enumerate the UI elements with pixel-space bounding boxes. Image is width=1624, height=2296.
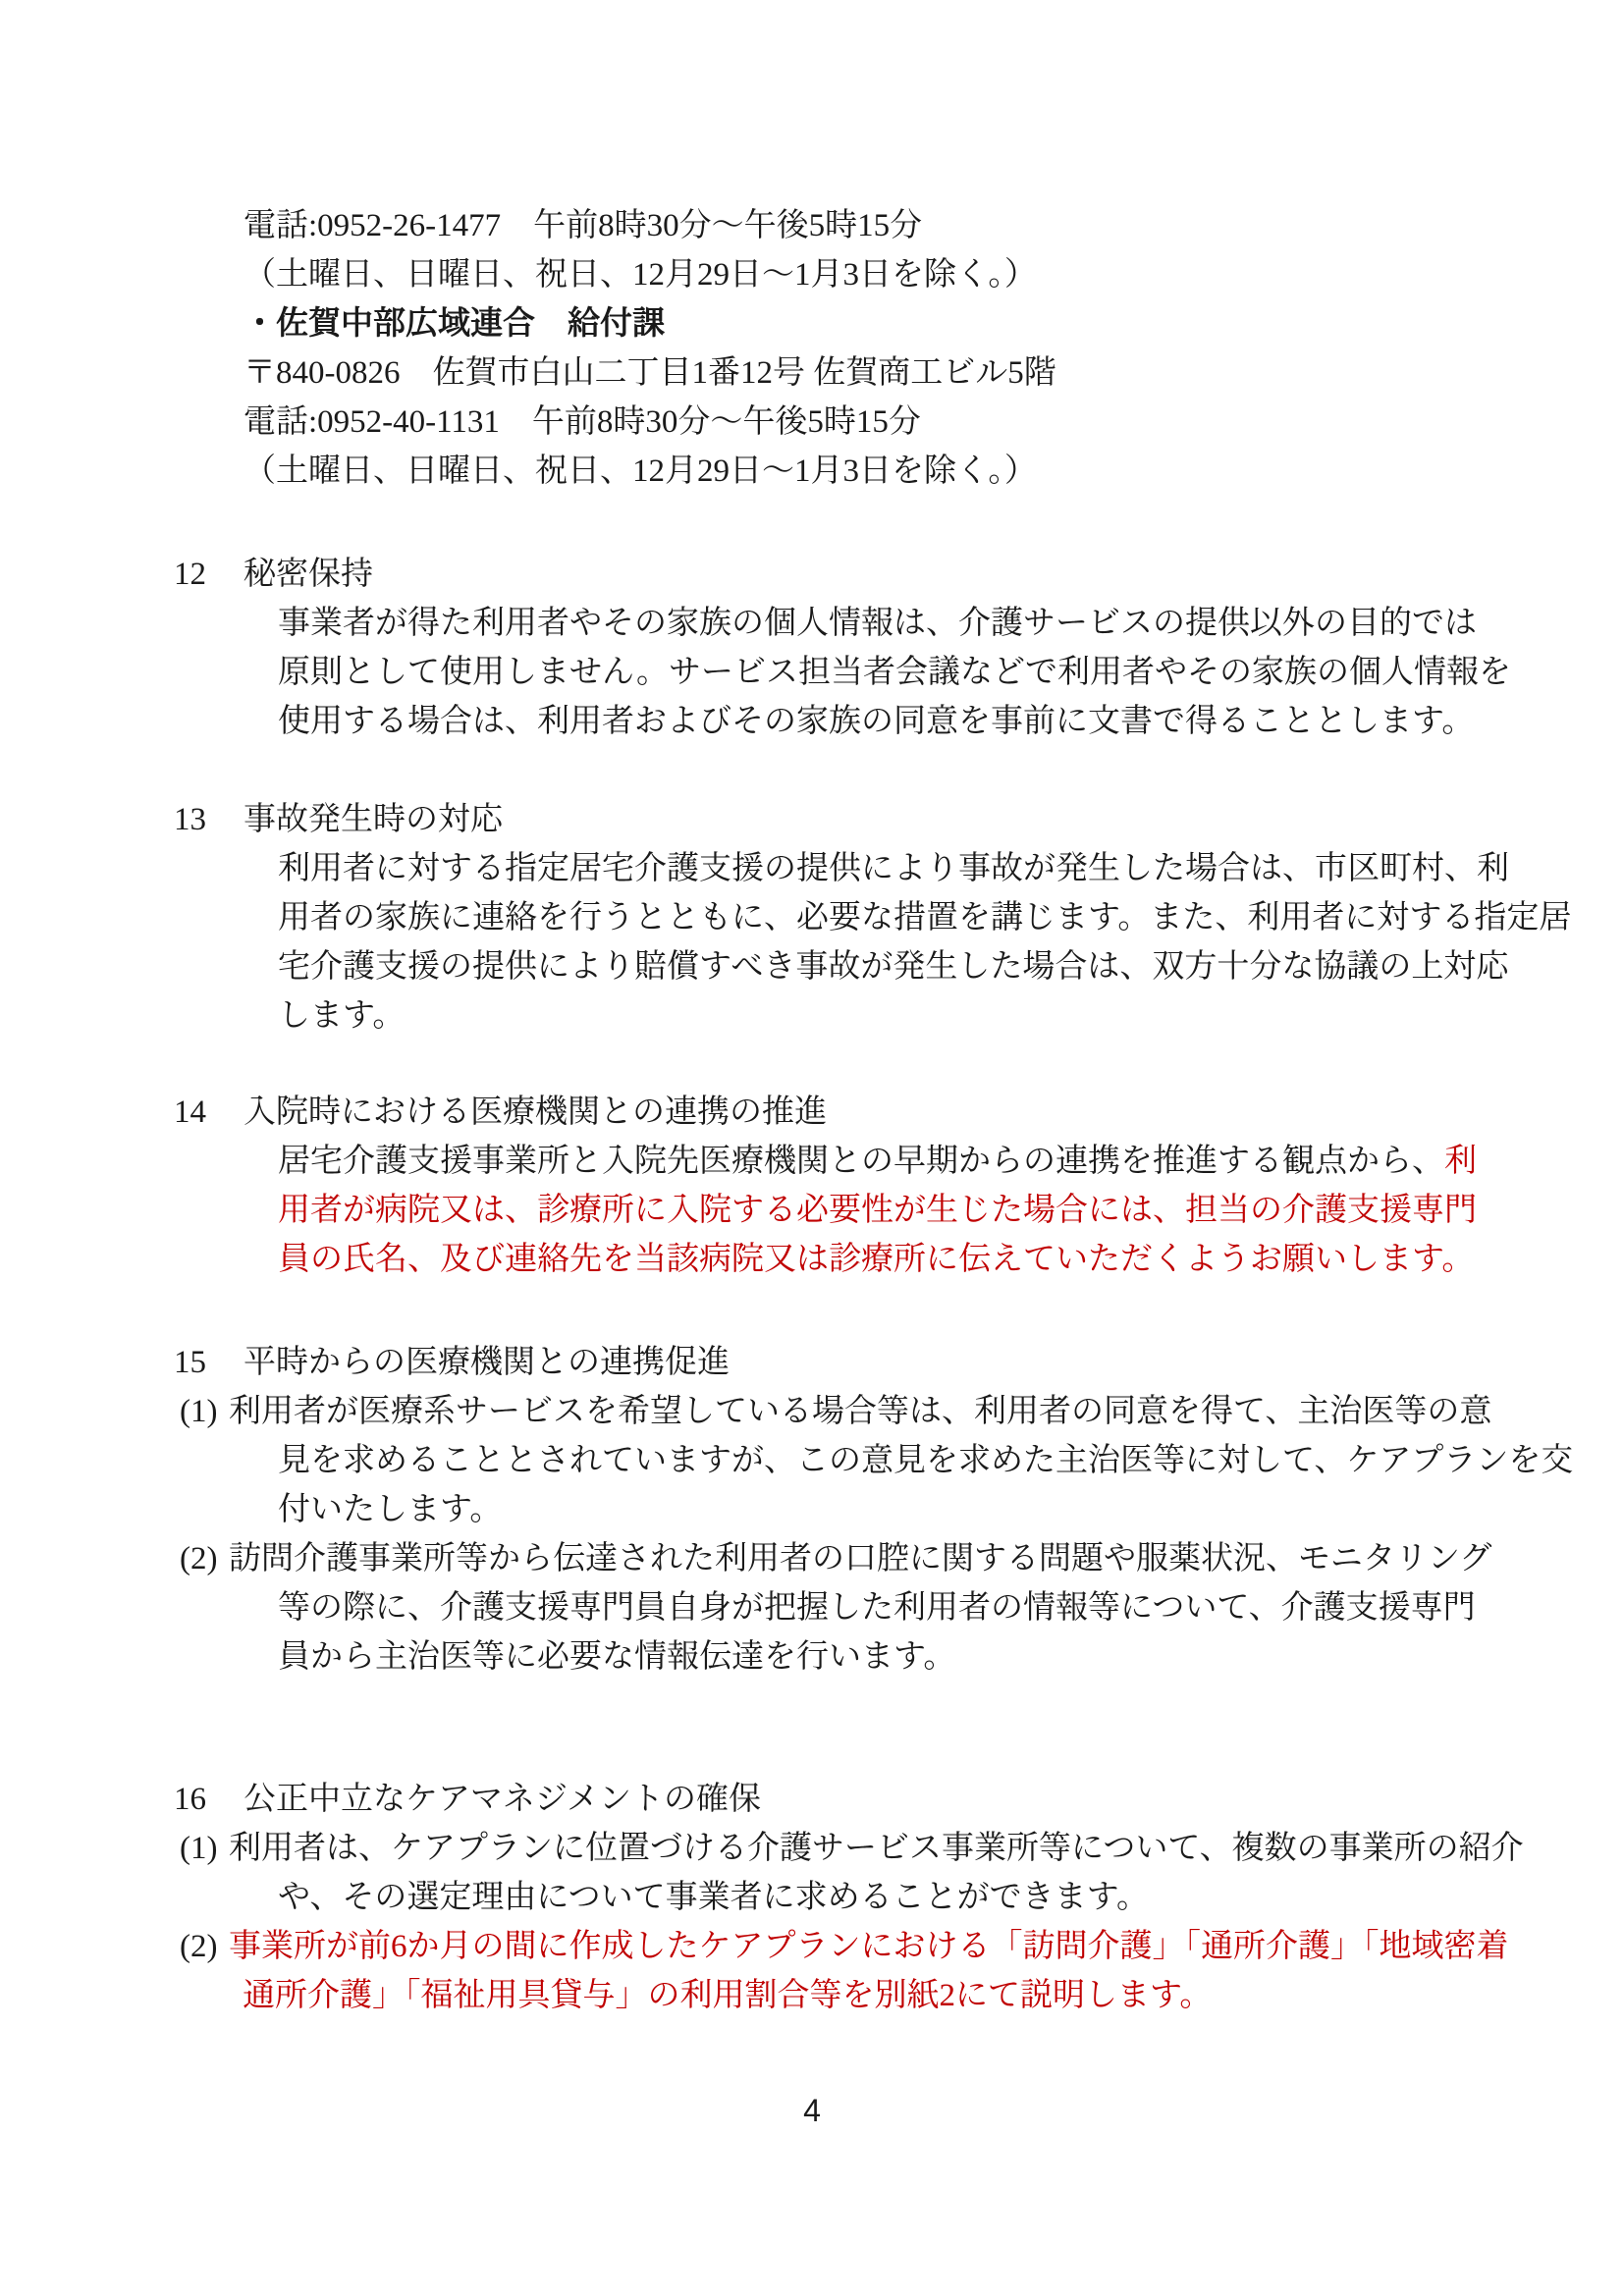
section-13-body-line: 宅介護支援の提供により賠償すべき事故が発生した場合は、双方十分な協議の上対応 <box>0 942 1624 991</box>
section-15-item-2: (2)訪問介護事業所等から伝達された利用者の口腔に関する問題や服薬状況、モニタリ… <box>180 1534 1624 1583</box>
section-15-item-1-cont: 見を求めることとされていますが、この意見を求めた主治医等に対して、ケアプランを交 <box>180 1436 1624 1485</box>
section-15-item-2-cont: 等の際に、介護支援専門員自身が把握した利用者の情報等について、介護支援専門 <box>180 1583 1624 1632</box>
section-15-item-1-cont: 付いたします。 <box>180 1485 1624 1534</box>
section-16-item-2: (2)事業所が前6か月の間に作成したケアプランにおける「訪問介護」「通所介護」「… <box>180 1922 1624 1971</box>
section-16-title: 公正中立なケアマネジメントの確保 <box>244 1782 761 1817</box>
item-text: 利用者が医療系サービスを希望している場合等は、利用者の同意を得て、主治医等の意 <box>229 1394 1491 1429</box>
section-14-body-line: 居宅介護支援事業所と入院先医療機関との早期からの連携を推進する観点から、利 <box>0 1137 1624 1186</box>
section-12-number: 12 <box>174 550 244 599</box>
section-15-items: (1)利用者が医療系サービスを希望している場合等は、利用者の同意を得て、主治医等… <box>0 1387 1624 1682</box>
section-15-item-1: (1)利用者が医療系サービスを希望している場合等は、利用者の同意を得て、主治医等… <box>180 1387 1624 1436</box>
section-16-number: 16 <box>174 1775 244 1824</box>
document-page: 電話:0952-26-1477 午前8時30分～午後5時15分 （土曜日、日曜日… <box>0 0 1624 2296</box>
section-12-body-line: 事業者が得た利用者やその家族の個人情報は、介護サービスの提供以外の目的では <box>0 599 1624 648</box>
section-15: 15平時からの医療機関との連携促進 (1)利用者が医療系サービスを希望している場… <box>0 1338 1624 1682</box>
section-16: 16公正中立なケアマネジメントの確保 (1)利用者は、ケアプランに位置づける介護… <box>0 1775 1624 2020</box>
section-15-item-2-cont: 員から主治医等に必要な情報伝達を行います。 <box>180 1632 1624 1682</box>
section-14-body-line-red: 用者が病院又は、診療所に入院する必要性が生じた場合には、担当の介護支援専門 <box>0 1186 1624 1235</box>
section-12-heading: 12秘密保持 <box>0 550 1624 599</box>
section-12-body-line: 原則として使用しません。サービス担当者会議などで利用者やその家族の個人情報を <box>0 648 1624 697</box>
item-marker: (2) <box>180 1534 229 1583</box>
section-14-text-black: 居宅介護支援事業所と入院先医療機関との早期からの連携を推進する観点から、 <box>278 1144 1444 1179</box>
section-14: 14入院時における医療機関との連携の推進 居宅介護支援事業所と入院先医療機関との… <box>0 1088 1624 1284</box>
section-12-title: 秘密保持 <box>244 557 373 592</box>
section-14-title: 入院時における医療機関との連携の推進 <box>244 1095 827 1130</box>
section-14-body-line-red: 員の氏名、及び連絡先を当該病院又は診療所に伝えていただくようお願いします。 <box>0 1235 1624 1284</box>
section-16-item-1-cont: や、その選定理由について事業者に求めることができます。 <box>180 1873 1624 1922</box>
section-13-title: 事故発生時の対応 <box>244 802 503 837</box>
page-number: 4 <box>0 2086 1624 2135</box>
contact-office-name: ・佐賀中部広域連合 給付課 <box>244 299 1056 348</box>
section-13-body-line: 利用者に対する指定居宅介護支援の提供により事故が発生した場合は、市区町村、利 <box>0 844 1624 893</box>
section-16-item-1: (1)利用者は、ケアプランに位置づける介護サービス事業所等について、複数の事業所… <box>180 1824 1624 1873</box>
section-14-number: 14 <box>174 1088 244 1137</box>
section-15-number: 15 <box>174 1338 244 1387</box>
contact-phone-2: 電話:0952-40-1131 午前8時30分～午後5時15分 <box>244 398 1056 447</box>
item-marker: (1) <box>180 1387 229 1436</box>
section-16-heading: 16公正中立なケアマネジメントの確保 <box>0 1775 1624 1824</box>
section-16-item-2-cont-red: 通所介護」「福祉用具貸与」の利用割合等を別紙2にて説明します。 <box>180 1971 1624 2020</box>
item-marker: (1) <box>180 1824 229 1873</box>
section-13-number: 13 <box>174 795 244 844</box>
item-text-red: 事業所が前6か月の間に作成したケアプランにおける「訪問介護」「通所介護」「地域密… <box>229 1929 1509 1964</box>
section-12: 12秘密保持 事業者が得た利用者やその家族の個人情報は、介護サービスの提供以外の… <box>0 550 1624 746</box>
section-13: 13事故発生時の対応 利用者に対する指定居宅介護支援の提供により事故が発生した場… <box>0 795 1624 1041</box>
section-12-body-line: 使用する場合は、利用者およびその家族の同意を事前に文書で得ることとします。 <box>0 697 1624 746</box>
section-16-items: (1)利用者は、ケアプランに位置づける介護サービス事業所等について、複数の事業所… <box>0 1824 1624 2020</box>
section-14-text-red: 利 <box>1444 1144 1477 1179</box>
contact-phone-1: 電話:0952-26-1477 午前8時30分～午後5時15分 <box>244 201 1056 250</box>
section-13-body-line: 用者の家族に連絡を行うとともに、必要な措置を講じます。また、利用者に対する指定居 <box>0 893 1624 942</box>
section-15-heading: 15平時からの医療機関との連携促進 <box>0 1338 1624 1387</box>
contact-address: 〒840-0826 佐賀市白山二丁目1番12号 佐賀商工ビル5階 <box>244 348 1056 398</box>
section-14-heading: 14入院時における医療機関との連携の推進 <box>0 1088 1624 1137</box>
contact-closed-days-2: （土曜日、日曜日、祝日、12月29日～1月3日を除く。） <box>244 447 1056 496</box>
contact-closed-days-1: （土曜日、日曜日、祝日、12月29日～1月3日を除く。） <box>244 250 1056 299</box>
item-text: 利用者は、ケアプランに位置づける介護サービス事業所等について、複数の事業所の紹介 <box>229 1831 1524 1866</box>
section-15-title: 平時からの医療機関との連携促進 <box>244 1345 730 1380</box>
contact-block: 電話:0952-26-1477 午前8時30分～午後5時15分 （土曜日、日曜日… <box>244 201 1056 496</box>
item-marker: (2) <box>180 1922 229 1971</box>
item-text: 訪問介護事業所等から伝達された利用者の口腔に関する問題や服薬状況、モニタリング <box>229 1541 1491 1576</box>
section-13-heading: 13事故発生時の対応 <box>0 795 1624 844</box>
section-13-body-line: します。 <box>0 991 1624 1041</box>
